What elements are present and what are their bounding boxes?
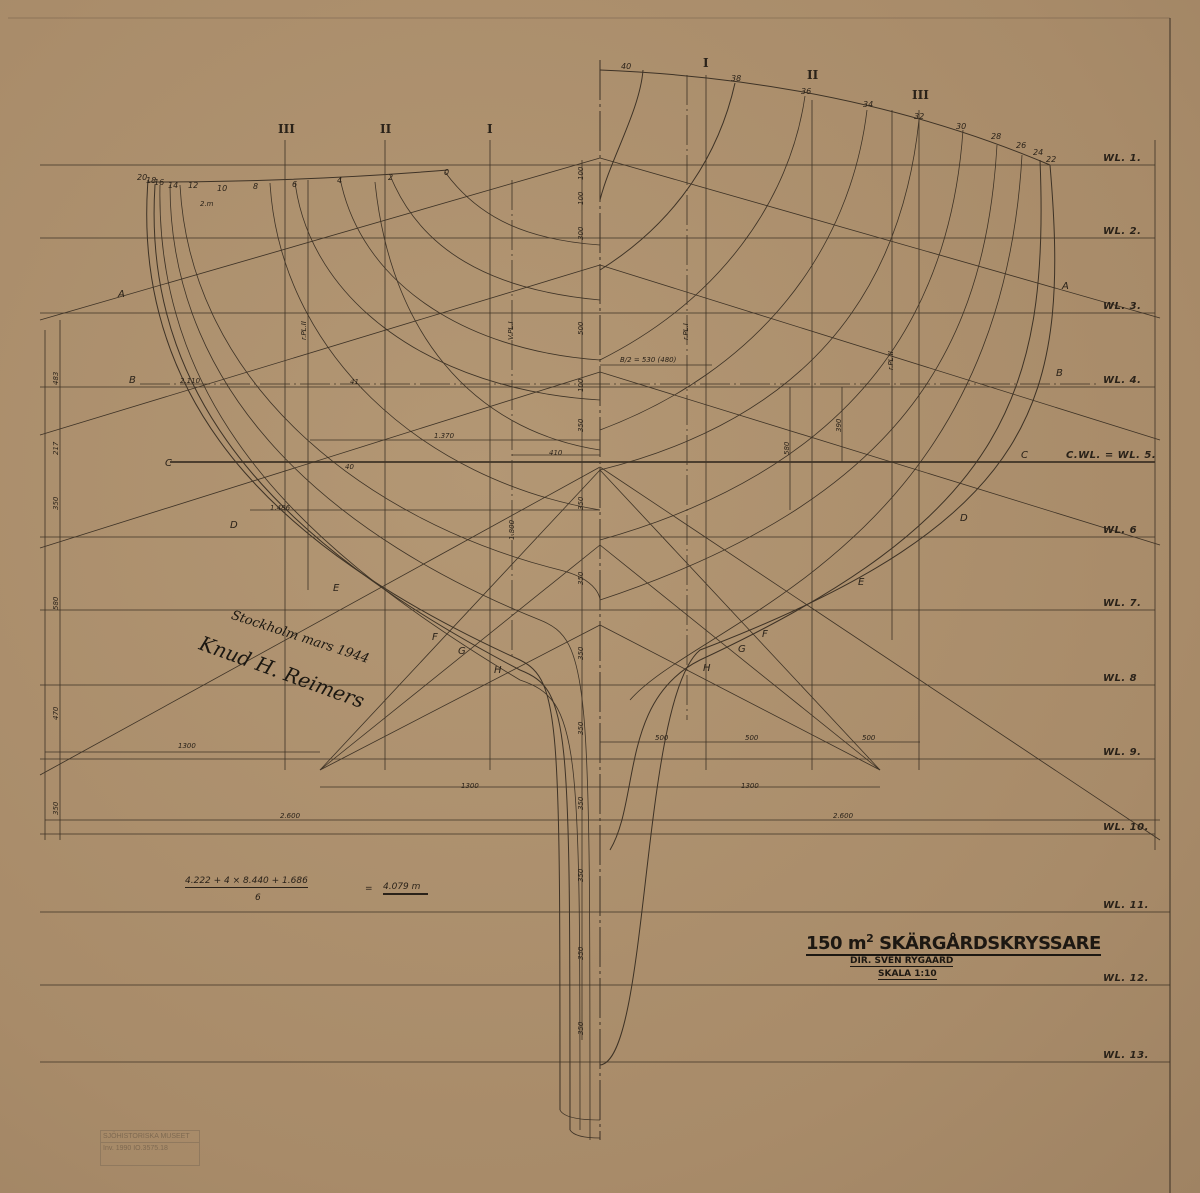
- svg-text:22: 22: [1046, 155, 1056, 164]
- svg-text:A: A: [1061, 281, 1069, 292]
- waterline-label-5: C.WL. = WL. 5.: [1066, 450, 1156, 461]
- svg-text:E: E: [333, 583, 340, 594]
- svg-text:B: B: [129, 375, 136, 386]
- svg-text:8: 8: [253, 182, 258, 191]
- svg-text:32: 32: [914, 112, 924, 121]
- svg-text:28: 28: [991, 132, 1001, 141]
- svg-text:V.PL.I: V.PL.I: [507, 321, 515, 340]
- svg-text:1.370: 1.370: [434, 432, 455, 440]
- formula-denominator: 6: [255, 893, 261, 903]
- svg-text:B/2 = 530 (480): B/2 = 530 (480): [620, 356, 677, 364]
- svg-text:2.600: 2.600: [833, 812, 854, 820]
- formula-result: 4.079 m: [383, 882, 428, 895]
- waterline-label-4: WL. 4.: [1103, 375, 1141, 386]
- svg-text:F: F: [432, 632, 438, 643]
- svg-text:0: 0: [444, 168, 449, 177]
- svg-text:470: 470: [52, 706, 60, 720]
- svg-text:34: 34: [863, 100, 873, 109]
- waterline-label-9: WL. 9.: [1103, 747, 1141, 758]
- station-16: 16: [154, 178, 164, 187]
- stamp-line-1: SJÖHISTORISKA MUSEET: [101, 1131, 199, 1143]
- waterline-label-10: WL. 10.: [1103, 822, 1149, 833]
- designer-line: DIR. SVEN RYGAARD: [850, 956, 953, 967]
- svg-text:1.800: 1.800: [508, 519, 516, 540]
- svg-text:500: 500: [862, 734, 876, 742]
- svg-text:100: 100: [577, 166, 585, 180]
- svg-text:40: 40: [621, 62, 631, 71]
- svg-text:350: 350: [577, 868, 585, 882]
- svg-text:410: 410: [549, 449, 563, 457]
- svg-text:2.m: 2.m: [200, 200, 214, 208]
- buttock-label-iii-fwd: III: [912, 88, 929, 102]
- svg-text:350: 350: [52, 496, 60, 510]
- svg-text:350: 350: [577, 796, 585, 810]
- waterline-label-6: WL. 6: [1103, 525, 1137, 536]
- svg-text:1300: 1300: [461, 782, 479, 790]
- waterline-label-1: WL. 1.: [1103, 153, 1141, 164]
- svg-text:A: A: [117, 289, 125, 300]
- svg-text:1300: 1300: [178, 742, 196, 750]
- svg-text:350: 350: [577, 571, 585, 585]
- svg-text:H: H: [494, 665, 502, 676]
- svg-text:r.PL.II: r.PL.II: [300, 321, 308, 340]
- formula-equals: =: [365, 884, 373, 894]
- svg-text:2.600: 2.600: [280, 812, 301, 820]
- svg-text:217: 217: [52, 441, 60, 455]
- svg-text:r.PL.I: r.PL.I: [682, 323, 690, 340]
- svg-text:2.110: 2.110: [180, 377, 201, 385]
- svg-text:H: H: [703, 663, 711, 674]
- svg-text:6: 6: [292, 180, 297, 189]
- buttock-label-i-aft: I: [487, 122, 493, 136]
- svg-text:1.486: 1.486: [270, 504, 291, 512]
- svg-text:C: C: [165, 458, 172, 469]
- waterline-label-8: WL. 8: [1103, 673, 1137, 684]
- stamp-line-2: Inv. 1990 IO.3575.18: [101, 1143, 199, 1154]
- svg-text:2: 2: [388, 173, 393, 182]
- title-number: 150: [806, 933, 842, 954]
- svg-text:100: 100: [577, 378, 585, 392]
- svg-text:350: 350: [577, 496, 585, 510]
- buttock-label-ii-aft: II: [380, 122, 391, 136]
- station-14: 14: [168, 181, 178, 190]
- svg-text:350: 350: [577, 646, 585, 660]
- svg-text:B: B: [1056, 368, 1063, 379]
- svg-text:300: 300: [577, 226, 585, 240]
- svg-text:G: G: [458, 646, 466, 657]
- waterline-label-2: WL. 2.: [1103, 226, 1141, 237]
- svg-text:390: 390: [835, 418, 843, 432]
- svg-text:350: 350: [577, 1021, 585, 1035]
- drawing-title: 150 m2 SKÄRGÅRDSKRYSSARE: [806, 932, 1101, 956]
- waterline-label-11: WL. 11.: [1103, 900, 1149, 911]
- svg-text:G: G: [738, 644, 746, 655]
- svg-text:500: 500: [577, 321, 585, 335]
- title-unit-sup: 2: [866, 932, 873, 945]
- waterline-label-7: WL. 7.: [1103, 598, 1141, 609]
- svg-text:24: 24: [1033, 148, 1043, 157]
- svg-text:580: 580: [52, 596, 60, 610]
- svg-text:30: 30: [956, 122, 966, 131]
- svg-text:483: 483: [52, 372, 60, 385]
- svg-text:r.PL.II: r.PL.II: [887, 351, 895, 370]
- svg-text:12: 12: [188, 181, 198, 190]
- svg-text:40: 40: [345, 463, 354, 471]
- svg-text:38: 38: [731, 74, 741, 83]
- svg-text:500: 500: [655, 734, 669, 742]
- svg-text:1300: 1300: [741, 782, 759, 790]
- svg-text:500: 500: [745, 734, 759, 742]
- svg-text:D: D: [230, 520, 238, 531]
- svg-text:F: F: [762, 629, 768, 640]
- svg-text:D: D: [960, 513, 968, 524]
- title-name: SKÄRGÅRDSKRYSSARE: [879, 933, 1101, 954]
- formula-numerator: 4.222 + 4 × 8.440 + 1.686: [185, 876, 308, 888]
- body-plan-drawing: 20 18 16 14 12108 6420 40383634 32302826…: [0, 0, 1200, 1193]
- svg-text:4: 4: [337, 176, 342, 185]
- svg-text:350: 350: [577, 418, 585, 432]
- svg-text:100: 100: [577, 191, 585, 205]
- scale-line: SKALA 1:10: [878, 969, 937, 980]
- title-unit: m: [848, 933, 866, 954]
- waterline-label-13: WL. 13.: [1103, 1050, 1149, 1061]
- svg-text:C: C: [1021, 450, 1028, 461]
- svg-text:E: E: [858, 577, 865, 588]
- svg-text:350: 350: [577, 946, 585, 960]
- buttock-label-ii-fwd: II: [807, 68, 818, 82]
- waterline-label-12: WL. 12.: [1103, 973, 1149, 984]
- svg-text:350: 350: [52, 801, 60, 815]
- buttock-label-iii-aft: III: [278, 122, 295, 136]
- waterline-label-3: WL. 3.: [1103, 301, 1141, 312]
- buttock-label-i-fwd: I: [703, 56, 709, 70]
- svg-text:10: 10: [217, 184, 227, 193]
- svg-text:26: 26: [1016, 141, 1026, 150]
- museum-stamp: SJÖHISTORISKA MUSEET Inv. 1990 IO.3575.1…: [100, 1130, 200, 1166]
- svg-text:580: 580: [783, 441, 791, 455]
- svg-text:36: 36: [801, 87, 811, 96]
- svg-text:350: 350: [577, 721, 585, 735]
- svg-text:41: 41: [350, 378, 359, 386]
